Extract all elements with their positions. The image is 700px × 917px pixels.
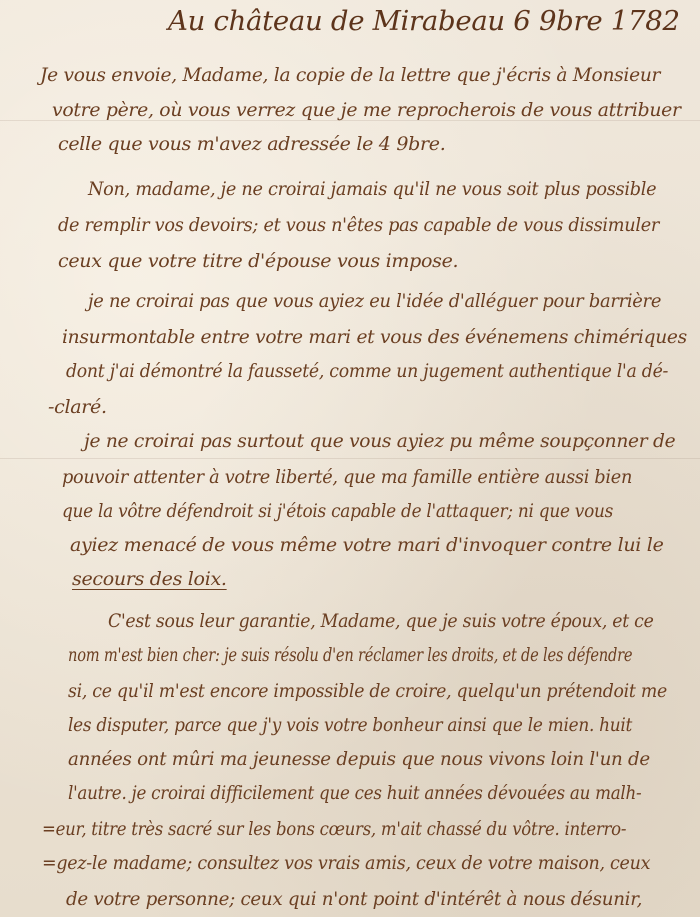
letter-line: années ont mûri ma jeunesse depuis que n… xyxy=(68,748,650,770)
letter-line: -claré. xyxy=(48,396,107,418)
letter-line: celle que vous m'avez adressée le 4 9bre… xyxy=(58,133,445,155)
letter-line: les disputer, parce que j'y vois votre b… xyxy=(68,714,632,736)
letter-line: Je vous envoie, Madame, la copie de la l… xyxy=(40,64,660,86)
letter-line: Non, madame, je ne croirai jamais qu'il … xyxy=(88,178,656,200)
letter-line: pouvoir attenter à votre liberté, que ma… xyxy=(62,466,632,488)
letter-line: de remplir vos devoirs; et vous n'êtes p… xyxy=(58,214,659,236)
letter-line: secours des loix. xyxy=(72,568,227,590)
letter-line: je ne croirai pas surtout que vous ayiez… xyxy=(84,430,675,452)
letter-line: dont j'ai démontré la fausseté, comme un… xyxy=(66,360,668,382)
letter-line: ayiez menacé de vous même votre mari d'i… xyxy=(70,534,664,556)
letter-line: si, ce qu'il m'est encore impossible de … xyxy=(68,680,667,702)
paper-fold-line xyxy=(0,458,700,459)
letter-line: l'autre. je croirai difficilement que ce… xyxy=(68,782,641,804)
letter-line: que la vôtre défendroit si j'étois capab… xyxy=(62,500,613,522)
letter-page: Au château de Mirabeau 6 9bre 1782 Je vo… xyxy=(0,0,700,917)
letter-line: insurmontable entre votre mari et vous d… xyxy=(62,326,687,348)
letter-line: =gez-le madame; consultez vos vrais amis… xyxy=(42,852,650,874)
letter-line: ceux que votre titre d'épouse vous impos… xyxy=(58,250,458,272)
letter-line: de votre personne; ceux qui n'ont point … xyxy=(66,888,642,910)
letter-line: =eur, titre très sacré sur les bons cœur… xyxy=(42,818,626,840)
letter-line: je ne croirai pas que vous ayiez eu l'id… xyxy=(88,290,661,312)
letter-line: votre père, où vous verrez que je me rep… xyxy=(52,99,681,121)
letter-heading: Au château de Mirabeau 6 9bre 1782 xyxy=(168,6,680,37)
letter-line: C'est sous leur garantie, Madame, que je… xyxy=(108,610,654,632)
letter-line: nom m'est bien cher: je suis résolu d'en… xyxy=(68,644,632,666)
